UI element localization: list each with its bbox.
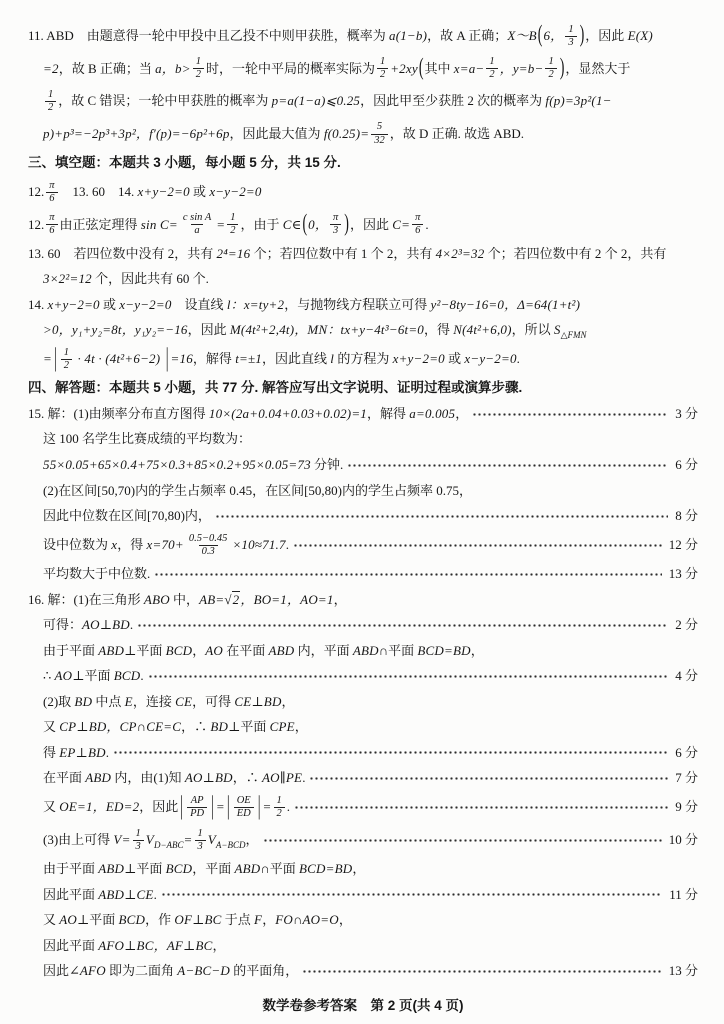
text-run: 又 [43,719,59,735]
math-run: AO [59,912,77,928]
math-run: AFO [80,963,106,979]
text-run: . [302,770,305,786]
fraction-denominator: 6 [412,224,423,237]
math-run: x=70+ [147,537,184,553]
math-run: N(4t²+6,0) [453,322,511,338]
math-run: x+y−2=0 [48,297,100,313]
doc-line: 55×0.05+65×0.4+75×0.3+85×0.2+95×0.05=73 … [28,456,698,474]
big-bar: | [166,343,169,376]
text-run: ⊥平面 [72,668,113,684]
fraction: 13 [133,828,144,853]
text-run: ⊥平面 [124,861,165,877]
score-label: 3 分 [675,406,698,422]
text-run: 个；若四位数中有 1 个 2，共有 [250,246,435,262]
math-run: ABD [235,861,261,877]
fraction-numerator: π [330,212,341,224]
math-run: V [146,832,154,848]
text-run: ，作 [145,912,174,928]
text-run: ，解得 [193,351,235,367]
math-run: l：x=ty+2 [227,297,284,313]
text-run: 在平面 [223,643,269,659]
text-run: 可得： [43,617,82,633]
text-run: ，因此直线 [262,351,330,367]
document-body: 11. ABD 由题意得一轮中甲投中且乙投不中则甲获胜，概率为 a(1−b)，故… [28,16,698,988]
score-label: 13 分 [669,566,698,582]
dotted-leader [155,573,661,576]
fraction-denominator: a [191,224,202,237]
text-run: ，与抛物线方程联立可得 [284,297,430,313]
big-delimiter: ( [419,54,424,84]
fraction: 12 [227,212,238,237]
text-run: 其中 [425,61,454,77]
text-run: ，平面 [192,861,234,877]
text-run: . [106,745,109,761]
fraction-numerator: 1 [274,795,285,807]
text-run: ，显然大于 [565,61,630,77]
fraction-numerator: 1 [377,56,388,68]
math-run: +2xy [390,61,418,77]
math-run: ABD⊥CE [98,887,153,903]
text-run: 由正弦定理得 [60,217,141,233]
text-run: 分钟. [311,457,344,473]
math-run: x+y−2=0 [393,351,445,367]
text-run: 个；若四位数中有 2 个 2，共有 [484,246,666,262]
text-run: ，解得 [367,406,409,422]
math-run: x−y−2=0 [209,184,261,200]
math-run: t=±1 [235,351,262,367]
dotted-leader [216,515,668,518]
math-run: V [208,832,216,848]
dotted-leader [162,893,662,896]
math-run: >0，y₁+y₂=8t，y₁y₂=−16 [43,322,188,338]
fraction-numerator: π [46,212,57,224]
math-run: a，b> [155,61,191,77]
fraction: π3 [330,212,341,237]
big-delimiter: ) [344,210,349,240]
text-run: 13. 60 14. [60,184,138,200]
subscript: D−ABC [154,840,184,851]
math-run: f(0.25)= [324,126,369,142]
fraction-denominator: 6 [46,224,57,237]
math-run: CPE [270,719,295,735]
text-run: ，故 D 正确. 故选 ABD. [390,126,524,142]
fraction-numerator: π [412,212,423,224]
dotted-leader [348,464,668,467]
math-run: AO⊥BD [185,770,233,786]
text-run: ，因此 [188,322,230,338]
sqrt: √2 [224,592,240,608]
doc-line: (3)由上可得 V=13VD−ABC=13VA−BCD，10 分 [28,828,698,853]
doc-line: =|12 · 4t · (4t²+6−2) |=16，解得 t=±1，因此直线 … [28,347,698,372]
text-run: 即为二面角 [106,963,178,979]
math-run: x+y−2=0 [138,184,190,200]
math-run: AO [55,668,73,684]
text-run: . [517,351,520,367]
text-run: 又 [43,799,59,815]
fraction-denominator: 3 [195,840,206,853]
fraction-numerator: OE [234,795,254,807]
big-delimiter: ) [560,54,565,84]
big-bar: | [227,791,230,824]
doc-line: 12.π6由正弦定理得 sin C=c sin Aa=12，由于 C∈(0，π3… [28,212,698,237]
text-run: ，∴ [181,719,210,735]
fraction-numerator: 1 [486,56,497,68]
fraction-denominator: 3 [133,840,144,853]
text-run: 16. 解：(1)在三角形 [28,592,144,608]
text-run: ， [295,719,308,735]
fraction-numerator: 1 [545,56,556,68]
text-run: ⊥平面 [77,912,118,928]
text-run: . [425,217,428,233]
text-run: ，连接 [133,694,175,710]
fraction-denominator: 2 [61,359,72,372]
score-label: 6 分 [675,745,698,761]
math-run: AFO⊥BC，AF⊥BC [98,938,212,954]
math-run: · 4t · (4t²+6−2) [74,351,164,367]
math-run: y²−8ty−16=0，Δ=64(1+t²) [431,297,581,313]
fraction: c sin Aa [180,212,214,237]
fraction-numerator: 1 [133,828,144,840]
text-run: 13. 60 若四位数中没有 2，共有 [28,246,217,262]
math-run: AB= [199,592,224,608]
doc-line: 平均数大于中位数.13 分 [28,565,698,583]
dotted-leader [138,624,668,627]
fraction-numerator: 1 [195,828,206,840]
fraction-numerator: 1 [193,56,204,68]
math-run: 2⁴=16 [217,246,251,262]
doc-line: 又 AO⊥平面 BCD，作 OF⊥BC 于点 F，FO∩AO=O， [28,911,698,929]
dotted-leader [114,751,668,754]
math-run: F [254,912,262,928]
text-run: ， [246,832,259,848]
text-run: 得 [43,745,59,761]
score-label: 6 分 [675,457,698,473]
text-run: ， [339,912,352,928]
math-run: BCD [114,668,141,684]
fraction: 12 [486,56,497,81]
math-run: FO∩AO=O [275,912,339,928]
doc-line: 11. ABD 由题意得一轮中甲投中且乙投不中则甲获胜，概率为 a(1−b)，故… [28,24,698,49]
text-run: 于点 [222,912,255,928]
doc-line: 因此中位数在区间[70,80)内，8 分 [28,507,698,525]
text-run: 在平面 [43,770,85,786]
dotted-leader [310,777,668,780]
doc-line: 16. 解：(1)在三角形 ABO 中，AB=√2，BO=1，AO=1， [28,591,698,609]
text-run: 这 100 名学生比赛成绩的平均数为： [43,431,251,447]
doc-line: 因此∠AFO 即为二面角 A−BC−D 的平面角，13 分 [28,962,698,980]
score-label: 7 分 [675,770,698,786]
text-run: 因此平面 [43,938,98,954]
math-run: 10×(2a+0.04+0.03+0.02)=1 [209,406,367,422]
fraction-numerator: 0.5−0.45 [186,533,231,545]
big-bar: | [180,791,183,824]
math-run: a=0.005 [409,406,455,422]
math-run: BCD=BD [299,861,352,877]
fraction-denominator: 6 [46,192,57,205]
math-run: ABD [353,643,379,659]
doc-line: 因此平面 ABD⊥CE.11 分 [28,886,698,904]
fraction-numerator: 1 [227,212,238,224]
text-run: ，故 B 正确；当 [59,61,155,77]
text-run: 由于平面 [43,861,98,877]
fraction: π6 [412,212,423,237]
fraction: 12 [545,56,556,81]
text-run: 15. 解：(1)由频率分布直方图得 [28,406,209,422]
text-run: 11. ABD 由题意得一轮中甲投中且乙投不中则甲获胜，概率为 [28,28,389,44]
text-run: ， [352,861,365,877]
math-run: =16 [171,351,193,367]
page-footer: 数学卷参考答案 第 2 页(共 4 页) [28,988,698,1018]
text-run: 或 [445,351,465,367]
math-run: x−y−2=0 [464,351,516,367]
math-run: AO [205,643,223,659]
doc-line: 12，故 C 错误；一轮中甲获胜的概率为 p=a(1−a)⩽0.25，因此甲至少… [28,89,698,114]
fraction-denominator: 0.3 [199,545,218,558]
text-run: 平均数大于中位数. [43,566,150,582]
math-run: = [184,832,193,848]
section-header: 三、填空题：本题共 3 小题，每小题 5 分，共 15 分. [28,154,698,172]
text-run: ，∴ [233,770,262,786]
text-run: 中， [170,592,199,608]
page-footer-text: 数学卷参考答案 第 2 页(共 4 页) [262,994,463,1014]
doc-line: 由于平面 ABD⊥平面 BCD，AO 在平面 ABD 内，平面 ABD∩平面 B… [28,642,698,660]
text-run: ，因此 [350,217,392,233]
math-run: ×10≈71.7 [232,537,285,553]
text-run: 的平面角， [230,963,298,979]
text-run: ，得 [424,322,453,338]
math-run: f(p)=3p²(1− [545,93,611,109]
fraction: 12 [45,89,56,114]
fraction-denominator: 3 [565,36,576,49]
fraction-denominator: 32 [371,134,388,147]
text-run: ， [471,643,484,659]
math-run: a(1−b) [389,28,427,44]
text-run: 三、填空题：本题共 3 小题，每小题 5 分，共 15 分. [28,155,341,172]
fraction: 13 [195,828,206,853]
subscript: △FMN [561,330,587,341]
fraction-denominator: PD [187,807,207,820]
score-label: 10 分 [669,832,698,848]
text-run: ∩平面 [260,861,299,877]
fraction-numerator: π [46,180,57,192]
math-run: 4×2³=32 [436,246,485,262]
big-delimiter: ) [580,21,585,51]
text-run: 由于平面 [43,643,98,659]
math-run: x=a− [454,61,485,77]
fraction-denominator: 2 [377,68,388,81]
fraction: 12 [193,56,204,81]
math-run: 6， [543,28,563,44]
math-run: BCD=BD [417,643,470,659]
fraction: 0.5−0.450.3 [186,533,231,558]
text-run: 14. [28,297,48,313]
math-run: p=a(1−a)⩽0.25 [272,93,360,109]
fraction-denominator: ED [234,807,254,820]
doc-line: 15. 解：(1)由频率分布直方图得 10×(2a+0.04+0.03+0.02… [28,405,698,423]
text-run: . [130,617,133,633]
fraction: 12 [274,795,285,820]
math-run: BCD [118,912,145,928]
doc-line: =2，故 B 正确；当 a，b>12时，一轮中平局的概率实际为12+2xy(其中… [28,56,698,81]
text-run: 因此平面 [43,887,98,903]
fraction-numerator: 1 [45,89,56,101]
math-run: p)+p³=−2p³+3p²，f′(p)=−6p²+6p [43,126,230,142]
math-run: 55×0.05+65×0.4+75×0.3+85×0.2+95×0.05=73 [43,457,311,473]
doc-line: 这 100 名学生比赛成绩的平均数为： [28,431,698,449]
math-run: ，BO=1，AO=1 [240,592,333,608]
math-run: BCD [166,643,193,659]
text-run: ∩平面 [379,643,418,659]
text-run: 内，平面 [294,643,353,659]
score-label: 12 分 [669,537,698,553]
fraction-numerator: 1 [565,24,576,36]
doc-line: 3×2²=12 个，因此共有 60 个. [28,270,698,288]
doc-line: p)+p³=−2p³+3p²，f′(p)=−6p²+6p，因此最大值为 f(0.… [28,121,698,146]
fraction: 532 [371,121,388,146]
big-delimiter: ( [538,21,543,51]
math-run: E [125,694,133,710]
math-run: 0， [308,217,328,233]
text-run: ，因此甲至少获胜 2 次的概率为 [360,93,545,109]
dotted-leader [294,544,662,547]
fraction-denominator: 3 [330,224,341,237]
math-run: S [554,322,561,338]
math-run: BD [210,719,228,735]
doc-line: 又 OE=1，ED=2，因此|APPD|=|OEED|=12.9 分 [28,795,698,820]
text-run: 12. [28,184,44,200]
doc-line: 由于平面 ABD⊥平面 BCD，平面 ABD∩平面 BCD=BD， [28,860,698,878]
text-run: . [154,887,157,903]
doc-line: 14. x+y−2=0 或 x−y−2=0 设直线 l：x=ty+2，与抛物线方… [28,296,698,314]
text-run: 设直线 [172,297,227,313]
math-run: X～B [507,28,536,44]
dotted-leader [303,970,661,973]
text-run: 因此∠ [43,963,80,979]
math-run: C∈ [283,217,302,233]
text-run: 四、解答题：本题共 5 小题，共 77 分. 解答应写出文字说明、证明过程或演算… [28,380,522,397]
math-run: C= [392,217,410,233]
fraction-denominator: 2 [45,101,56,114]
fraction-numerator: AP [188,795,207,807]
fraction-denominator: 2 [545,68,556,81]
math-run: CE⊥BD [234,694,281,710]
math-run: = [216,217,225,233]
text-run: ，因此 [139,799,178,815]
doc-line: 可得：AO⊥BD.2 分 [28,616,698,634]
math-run: =2 [43,61,59,77]
math-run: AO∥PE [262,770,302,786]
fraction: π6 [46,180,57,205]
text-run: ，因此 [585,28,627,44]
fraction-denominator: 2 [274,807,285,820]
doc-line: 12.π6 13. 60 14. x+y−2=0 或 x−y−2=0 [28,180,698,205]
fraction: OEED [234,795,254,820]
fraction-numerator: 5 [374,121,385,133]
text-run: ， [455,406,468,422]
math-run: ABD [98,861,124,877]
math-run: sin C= [141,217,178,233]
big-bar: | [54,343,57,376]
doc-line: 因此平面 AFO⊥BC，AF⊥BC， [28,937,698,955]
doc-line: (2)在区间[50,70)内的学生占频率 0.45，在区间[50,80)内的学生… [28,482,698,500]
text-run: ， [262,912,275,928]
doc-line: 又 CP⊥BD，CP∩CE=C，∴ BD⊥平面 CPE， [28,718,698,736]
fraction: 12 [377,56,388,81]
text-run: ⊥平面 [124,643,165,659]
fraction: 13 [565,24,576,49]
dotted-leader [264,839,662,842]
doc-line: 设中位数为 x，得 x=70+0.5−0.450.3×10≈71.7.12 分 [28,533,698,558]
math-run: V= [113,832,130,848]
dotted-leader [473,413,668,416]
big-delimiter: ( [302,210,307,240]
text-run: . [140,668,143,684]
text-run: 12. [28,217,44,233]
text-run: 因此中位数在区间[70,80)内， [43,508,211,524]
score-label: 2 分 [675,617,698,633]
doc-line: 得 EP⊥BD.6 分 [28,744,698,762]
text-run: 内，由(1)知 [111,770,185,786]
math-run: ABD [85,770,111,786]
fraction: 12 [61,347,72,372]
text-run: ，故 A 正确； [427,28,507,44]
math-run: OE=1，ED=2 [59,799,139,815]
doc-line: 13. 60 若四位数中没有 2，共有 2⁴=16 个；若四位数中有 1 个 2… [28,245,698,263]
radicand: 2 [232,591,241,607]
big-bar: | [258,791,261,824]
math-run: = [216,799,225,815]
text-run: ， [213,938,226,954]
math-run: A−BC−D [177,963,230,979]
fraction-numerator: 1 [61,347,72,359]
score-label: 11 分 [669,887,698,903]
score-label: 8 分 [675,508,698,524]
math-run: x−y−2=0 [119,297,171,313]
text-run: (2)取 [43,694,74,710]
text-run: ，因此最大值为 [230,126,324,142]
text-run: . [286,537,289,553]
math-run: E(X) [628,28,653,44]
fraction-denominator: 2 [486,68,497,81]
doc-line: (2)取 BD 中点 E，连接 CE，可得 CE⊥BD， [28,693,698,711]
radical-sign: √ [224,592,231,607]
text-run: ， [192,643,205,659]
math-run: = [43,351,52,367]
fraction-numerator: c sin A [180,212,214,224]
text-run: ， [334,592,347,608]
math-run: EP⊥BD [59,745,105,761]
text-run: ，所以 [512,322,554,338]
score-label: 4 分 [675,668,698,684]
text-run: ，可得 [192,694,234,710]
doc-line: 在平面 ABD 内，由(1)知 AO⊥BD，∴ AO∥PE.7 分 [28,769,698,787]
text-run: 设中位数为 [43,537,111,553]
text-run: ，故 C 错误；一轮中甲获胜的概率为 [58,93,271,109]
section-header: 四、解答题：本题共 5 小题，共 77 分. 解答应写出文字说明、证明过程或演算… [28,380,698,398]
text-run: ， [282,694,295,710]
dotted-leader [295,806,668,809]
math-run: ABO [144,592,170,608]
fraction-denominator: 2 [227,224,238,237]
math-run: ABD [269,643,295,659]
math-run: OF⊥BC [174,912,221,928]
math-run: AO⊥BD [82,617,130,633]
text-run: 又 [43,912,59,928]
text-run: . [287,799,290,815]
fraction: APPD [187,795,207,820]
text-run: 的方程为 [334,351,393,367]
text-run: ⊥平面 [228,719,269,735]
